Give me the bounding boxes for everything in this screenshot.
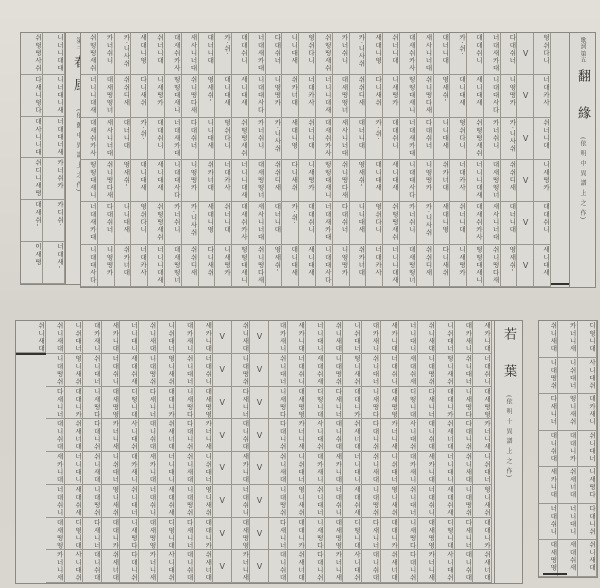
score-cell: 너 니 대 니 (343, 452, 362, 485)
score-cell: 대 대 니 카 (102, 518, 121, 551)
score-cell: 새 사 니 너 대 (182, 33, 199, 75)
score-cell: 카 · 니 사 쉬 (350, 33, 367, 75)
score-cell: 떵 떵 대 새 니 (316, 160, 333, 202)
score-cell: 디 떵 니 대 (343, 518, 362, 551)
score-cell: 쉬 새 너 대 (343, 419, 362, 452)
score-cell: 니 대 떵 쉬 (455, 485, 474, 518)
score-cell: 새 대 쉬 새 (436, 485, 455, 518)
score-cell: 니 새 떵 카 (299, 160, 316, 202)
score-cell: 너 대 쉬 니 (232, 485, 251, 518)
score-cell: 디 떵 니 대 (399, 387, 418, 420)
score-cell: 쉬 니 떵 다 새 (417, 75, 434, 117)
score-cell: 너 대 카 사 (450, 160, 467, 202)
score-cell: 새 카 니 대 (539, 467, 558, 504)
score-cell: 떵 새 쉬 - (266, 245, 283, 287)
score-cell: 너 니 니 대 새 (148, 245, 165, 287)
score-cell: 떵 쉬 다 니 (299, 33, 316, 75)
score-cell: 대 너 니 대 (350, 118, 367, 160)
score-cell: 새 사 니 너 대 (417, 33, 434, 75)
score-cell: 너 니 대 니 (306, 321, 325, 354)
score-cell: 너 대 쉬 니 (418, 485, 437, 518)
score-cell: 대 대 니 카 (436, 387, 455, 420)
score-cell: 대 대 니 카 (195, 518, 214, 551)
score-cell: 새 카 니 대 (418, 452, 437, 485)
score-cell: 새 니 대 새 (534, 245, 551, 287)
score-cell: 너 대 쉬 니 (539, 504, 558, 541)
score-cell: 다 대 쉬 너 (501, 33, 518, 75)
score-cell: 떵 새 쉬 - (115, 160, 132, 202)
score-cell: 떵 떵 대 새 니 (81, 160, 98, 202)
score-cell: 새 카 니 대 (46, 452, 65, 485)
score-cell: 새 니 대 새 (299, 245, 316, 287)
score-cell: 니 새 떵 카 (383, 75, 400, 117)
score-cell: 다 대 니 쉬 (362, 419, 381, 452)
chunpung-grid: 쉬 떵 떵 사 쉬 니 너 니 대 대 다 새 니 떵 다 니 너 대 니 새 … (21, 33, 65, 284)
score-cell: 너 대 새 카 대 (484, 33, 501, 75)
score-cell: 쉬 니 떵 다 새 (484, 245, 501, 287)
score-cell: 카 너 쉬 카 (43, 158, 65, 200)
score-cell: 쉬 떵 떵 새 쉬 (148, 202, 165, 244)
score-cell: 대 너 니 대 (115, 118, 132, 160)
score-cell: 대 니 쉬 대 (139, 419, 158, 452)
score-cell: 니 떵 떵 카 (266, 75, 283, 117)
score-cell: 사 니 대 쉬 (343, 550, 362, 583)
score-cell: 다 대 니 쉬 (176, 419, 195, 452)
score-cell: 떵 니 새 쉬 (381, 485, 400, 518)
score-cell: 쉬 디 니 새 떵 (21, 158, 43, 200)
score-cell: 쉬 니 새 대 (46, 321, 65, 354)
score-cell: 쉬 니 새 대 (539, 321, 558, 358)
score-cell: 대 카 새 니 (399, 452, 418, 485)
score-cell: 다 새 니 너 (46, 387, 65, 420)
section-end-bar (543, 573, 567, 575)
score-cell: 니 쉬 대 너 (65, 321, 84, 354)
score-cell: 다 대 쉬 너 (417, 118, 434, 160)
score-cell: 쉬 니 떵 다 새 (249, 245, 266, 287)
score-cell: 대 카 새 니 (83, 321, 102, 354)
breath-mark-cell: V (517, 33, 534, 75)
score-cell: 쉬 너 니 대 (383, 33, 400, 75)
score-cell: 대 새 떵 떵 너 (249, 160, 266, 202)
score-cell: 새 카 니 대 (473, 321, 492, 354)
score-cell: 카 너 니 새 (325, 550, 344, 583)
score-cell: 다 대 쉬 너 (333, 202, 350, 244)
score-cell: 너 대 카 사 (131, 245, 148, 287)
score-cell: 새 니 대 새 (467, 75, 484, 117)
breath-mark-cell: V (250, 387, 269, 420)
score-cell: 디 떵 니 대 (306, 387, 325, 420)
score-cell: 새 사 니 너 대 (333, 118, 350, 160)
score-cell: 떵 니 새 쉬 (102, 485, 121, 518)
score-cell: 떵 떵 대 새 니 (467, 245, 484, 287)
score-cell: 너 대 카 사 (366, 245, 383, 287)
score-cell: 대 대 니 카 (473, 518, 492, 551)
breath-mark-cell: V (250, 419, 269, 452)
score-cell: 다 새 니 너 (176, 518, 195, 551)
score-cell: 대 새 떵 떵 너 (484, 160, 501, 202)
score-cell: 니 너 대 니 새 (43, 75, 65, 117)
score-cell: 니 쉬 대 너 (288, 452, 307, 485)
score-cell: 다 니 새 쉬 (366, 75, 383, 117)
score-cell: 니 새 떵 다 (362, 387, 381, 420)
score-cell: 쉬 쉬 디 새 (182, 245, 199, 287)
score-cell: 니 쉬 대 너 (343, 321, 362, 354)
breath-mark-cell: V (213, 550, 232, 583)
score-cell: 대 새 떵 떵 너 (333, 75, 350, 117)
score-cell: 니 대 대 사 다 (316, 245, 333, 287)
score-cell: 카 · 쉬 · (131, 118, 148, 160)
score-cell: 너 대 대 너 새 (43, 117, 65, 159)
score-cell: 떵 니 새 쉬 (436, 354, 455, 387)
score-cell: 니 대 떵 쉬 (325, 354, 344, 387)
score-cell: 쉬 쉬 디 새 (350, 75, 367, 117)
score-cell: 너 니 대 니 (120, 321, 139, 354)
breath-mark-cell: V (250, 518, 269, 551)
score-cell: 사 니 대 쉬 (158, 550, 177, 583)
score-cell: 다 대 니 쉬 (83, 419, 102, 452)
score-cell: 새 대 니 떵 (282, 118, 299, 160)
score-cell: 쉬 너 니 대 (450, 202, 467, 244)
score-cell: 니 쉬 대 너 (195, 452, 214, 485)
continuation-grid: 쉬 니 새 대니 대 떵 쉬다 새 니 너대 니 쉬 대새 카 니 대너 대 쉬… (539, 321, 597, 577)
score-cell: 쉬 니 새 대 (269, 452, 288, 485)
score-cell: 디 떵 니 대 (158, 518, 177, 551)
score-cell: 쉬 떵 떵 사 쉬 (21, 33, 43, 75)
score-cell: 쉬 새 너 대 (65, 419, 84, 452)
score-cell: 카 너 니 새 (381, 419, 400, 452)
score-cell: 카 너 니 새 (195, 419, 214, 452)
score-cell: 새 카 니 대 (232, 452, 251, 485)
score-cell: 다 대 니 쉬 (269, 419, 288, 452)
section-end-bar (16, 353, 46, 355)
score-cell: 쉬 새 너 대 (436, 419, 455, 452)
score-cell: 쉬 새 너 대 (473, 550, 492, 583)
score-cell: 니 떵 떵 카 (98, 245, 115, 287)
score-cell: 니 떵 떵 카 (501, 75, 518, 117)
breath-mark-cell: V (213, 354, 232, 387)
score-cell: 쉬 카 너 대 (115, 245, 132, 287)
score-cell: 너 대 새 카 대 (316, 202, 333, 244)
score-cell: 대 새 떵 떵 (473, 387, 492, 420)
score-cell: 너 니 니 대 새 (81, 75, 98, 117)
score-cell: 니 쉬 대 너 (558, 358, 577, 395)
score-cell: 새 대 쉬 새 (120, 354, 139, 387)
score-cell: 너 대 카 사 (215, 160, 232, 202)
score-cell: 니 떵 떵 카 (417, 160, 434, 202)
score-cell: 너 대 쉬 니 (473, 354, 492, 387)
score-cell: 니 대 떵 쉬 (362, 485, 381, 518)
score-cell: 니 새 떵 카 (534, 160, 551, 202)
score-cell: 다 새 니 너 (362, 518, 381, 551)
breath-mark-cell: V (213, 387, 232, 420)
score-cell: 니 쉬 대 너 (381, 452, 400, 485)
score-cell: 떵 쉬 다 니 (450, 118, 467, 160)
score-cell: 새 카 니 대 (288, 321, 307, 354)
score-cell: 대 새 떵 떵 (232, 518, 251, 551)
score-cell: 다 니 새 쉬 (434, 245, 451, 287)
score-cell: 니 새 떵 다 (578, 467, 597, 504)
score-cell: 사 니 대 쉬 (399, 419, 418, 452)
score-cell: 새 니 대 새 (383, 160, 400, 202)
score-cell: 새 대 쉬 새 (158, 485, 177, 518)
score-cell: 쉬 니 새 대 (418, 321, 437, 354)
score-cell: 떵 새 쉬 - (350, 160, 367, 202)
score-cell: 쉬 너 니 대 (148, 33, 165, 75)
score-cell: 너 대 쉬 니 (195, 354, 214, 387)
score-cell: 너 니 대 니 (65, 452, 84, 485)
score-cell: 대 너 니 대 (501, 202, 518, 244)
score-cell: 쉬 새 너 대 (195, 550, 214, 583)
score-cell: 쉬 새 너 대 (102, 550, 121, 583)
score-cell: 떵 니 새 쉬 (473, 485, 492, 518)
score-cell: 쉬 떵 떵 새 쉬 (467, 118, 484, 160)
score-cell: 니 니 대 새 (199, 118, 216, 160)
score-cell: 쉬 니 떵 다 새 (98, 160, 115, 202)
score-cell: 니 쉬 대 너 (436, 321, 455, 354)
score-cell: 대 새 떵 떵 (325, 518, 344, 551)
continuation-block: 쉬 니 새 대니 대 떵 쉬다 새 니 너대 니 쉬 대새 카 니 대너 대 쉬… (538, 320, 598, 578)
piece-subtitle: (依 明 中 異 譜 上 之 作) (578, 137, 587, 220)
score-cell: 카 · 니 사 쉬 (266, 118, 283, 160)
breath-mark-cell: V (213, 485, 232, 518)
score-cell: 쉬 니 새 대 (176, 452, 195, 485)
score-cell: 대 니 쉬 대 (232, 419, 251, 452)
score-cell: 사 니 대 쉬 (436, 550, 455, 583)
score-cell: 다 대 쉬 너 (182, 118, 199, 160)
score-cell: 대 새 쉬 카 사 (400, 33, 417, 75)
top-score-grid: 쉬 떵 떵 새 쉬너 니 니 대 새대 새 쉬 카 사떵 떵 대 새 니너 대 … (81, 33, 551, 287)
score-cell: 대 새 쉬 카 사 (81, 118, 98, 160)
score-cell: 니 쉬 대 너 (158, 321, 177, 354)
score-cell: 다 니 새 쉬 (282, 160, 299, 202)
score-cell: 새 카 니 대 (325, 452, 344, 485)
score-cell: 대 니 대 새 (131, 160, 148, 202)
score-cell: 니 새 떵 다 (399, 518, 418, 551)
score-cell: 다 새 니 떵 다 (21, 75, 43, 117)
score-cell: 쉬 니 대 너 (362, 354, 381, 387)
score-cell: 대 새 떵 떵 (102, 387, 121, 420)
score-cell: 대 니 대 새 (366, 160, 383, 202)
score-cell: 카 · 니 사 쉬 (417, 202, 434, 244)
score-cell: 니 새 떵 카 (148, 75, 165, 117)
score-cell: 사 니 대 쉬 (120, 419, 139, 452)
score-cell: 너 니 대 니 (436, 452, 455, 485)
score-cell: 쉬 니 대 너 (269, 354, 288, 387)
score-cell: 대 니 쉬 대 (418, 419, 437, 452)
score-cell: 니 새 떵 다 (120, 518, 139, 551)
score-cell: 대 카 새 니 (455, 321, 474, 354)
score-cell: 니 새 떵 카 (215, 245, 232, 287)
piece-subtitle: (依 明 十 異 譜 上 之 作) (504, 395, 513, 478)
score-cell: 사 니 대 쉬 (578, 358, 597, 395)
score-cell: 대 니 쉬 대 (455, 550, 474, 583)
score-cell: 떵 쉬 다 니 (131, 202, 148, 244)
score-cell: 떵 떵 대 새 니 (232, 245, 249, 287)
breath-mark-cell: V (213, 321, 232, 354)
scanned-score-page: 쉬 떵 떵 사 쉬 니 너 니 대 대 다 새 니 떵 다 니 너 대 니 새 … (0, 0, 600, 588)
score-cell: 너 대 새 카 대 (81, 202, 98, 244)
score-cell: 다 대 쉬 너 (266, 33, 283, 75)
score-cell: 쉬 쉬 디 새 (266, 160, 283, 202)
score-cell: 떵 새 쉬 - (199, 75, 216, 117)
score-cell: 너 니 대 니 (158, 452, 177, 485)
score-cell: 대 니 대 새 (215, 75, 232, 117)
breath-mark-cell: V (250, 321, 269, 354)
score-cell: 니 대 떵 쉬 (176, 485, 195, 518)
piece-title: 翻 緣 (573, 69, 592, 129)
score-cell: 쉬 니 새 대 (578, 540, 597, 577)
score-cell: 카 너 니 새 (232, 550, 251, 583)
score-cell: 다 새 니 너 (232, 387, 251, 420)
score-cell: 카 너 니 새 (288, 419, 307, 452)
score-cell: 카 너 니 새 (558, 321, 577, 358)
score-cell: 떵 쉬 다 니 (534, 33, 551, 75)
score-cell: 쉬 너 니 대 (215, 202, 232, 244)
score-cell: 대 대 니 카 (158, 387, 177, 420)
score-cell: 카 너 쉬 니 (98, 33, 115, 75)
score-cell: 카 너 쉬 니 (165, 202, 182, 244)
score-cell: 사 니 대 쉬 (65, 550, 84, 583)
score-cell: 카 너 쉬 니 (333, 33, 350, 75)
score-cell: 카 너 니 새 (102, 419, 121, 452)
score-cell: 쉬 니 대 너 (120, 485, 139, 518)
score-cell: 쉬 니 대 너 (578, 431, 597, 468)
score-cell: 쉬 떵 떵 새 쉬 (383, 202, 400, 244)
score-cell: 떵 쉬 다 니 (366, 202, 383, 244)
score-cell: 니 니 대 새 (434, 118, 451, 160)
score-cell: 대 새 쉬 - (21, 200, 43, 242)
score-cell: 카 · 쉬 · (282, 202, 299, 244)
score-cell: 쉬 니 대 너 (83, 354, 102, 387)
score-cell: 너 대 카 사 (534, 75, 551, 117)
score-cell: 니 대 대 사 다 (165, 160, 182, 202)
breath-mark-cell: V (213, 419, 232, 452)
score-cell: 대 니 쉬 대 (539, 431, 558, 468)
breath-mark-cell: V (213, 518, 232, 551)
score-cell: 디 떵 니 대 (65, 518, 84, 551)
score-cell: 대 대 쉬 니 (148, 118, 165, 160)
score-cell: 쉬 니 새 대 (325, 321, 344, 354)
score-cell: 새 대 쉬 새 (399, 354, 418, 387)
score-cell: 다 니 새 쉬 (131, 75, 148, 117)
score-cell: 너 대 새 - (43, 242, 65, 284)
score-cell: 대 대 니 카 (343, 387, 362, 420)
score-cell: 쉬 새 너 대 (288, 550, 307, 583)
score-cell: 카 · 니 사 쉬 (501, 118, 518, 160)
score-cell: 카 너 니 새 (46, 550, 65, 583)
score-cell: 니 대 대 사 다 (81, 245, 98, 287)
score-cell: 너 니 니 대 새 (232, 160, 249, 202)
breath-mark-cell: V (250, 354, 269, 387)
top-right-title-column: 歌詞 第五 翻 緣 (依 明 中 異 譜 上 之 作) (569, 33, 595, 287)
score-cell: 니 쉬 대 너 (473, 452, 492, 485)
score-cell: 쉬 카 너 대 (434, 160, 451, 202)
score-cell: 대 새 떵 떵 (46, 518, 65, 551)
score-cell: 대 대 니 카 (65, 387, 84, 420)
score-cell: 새 대 니 떵 (199, 202, 216, 244)
score-cell: 니 니 대 새 (282, 33, 299, 75)
score-cell: 대 니 대 새 (282, 245, 299, 287)
score-cell: 대 대 쉬 니 (383, 118, 400, 160)
score-cell: 떵 니 새 쉬 (288, 485, 307, 518)
score-cell: 다 대 니 쉬 (578, 504, 597, 541)
score-cell: 새 사 니 너 대 (249, 202, 266, 244)
score-cell: 대 새 쉬 카 사 (316, 118, 333, 160)
score-cell: 대 카 새 니 (306, 452, 325, 485)
score-cell: 카 · 쉬 · (366, 118, 383, 160)
score-cell: 니 대 떵 쉬 (539, 358, 558, 395)
score-cell: 대 니 쉬 대 (176, 550, 195, 583)
score-cell-carryover: 쉬 니 새 대 (16, 321, 46, 353)
breath-mark-cell: V (250, 485, 269, 518)
score-cell: 카 너 니 새 (418, 550, 437, 583)
score-cell: 너 니 니 대 새 (467, 160, 484, 202)
score-cell: 새 대 니 떵 (434, 202, 451, 244)
score-cell: 대 카 새 니 (269, 321, 288, 354)
piece-title: 若 葉 (499, 327, 518, 387)
score-cell: 대 새 떵 떵 너 (165, 245, 182, 287)
score-cell: 다 대 니 쉬 (455, 419, 474, 452)
score-cell: 새 대 쉬 새 (558, 540, 577, 577)
score-cell: 너 대 카 사 (299, 75, 316, 117)
score-cell: 카 너 니 새 (139, 550, 158, 583)
score-cell: 떵 니 새 쉬 (558, 394, 577, 431)
score-cell: 너 대 쉬 니 (288, 354, 307, 387)
score-cell: 대 너 니 대 (266, 202, 283, 244)
score-cell: 새 사 니 너 대 (484, 202, 501, 244)
score-cell: 대 대 쉬 니 (467, 33, 484, 75)
score-cell: 쉬 니 떵 다 새 (182, 75, 199, 117)
score-cell: 다 대 니 쉬 (120, 550, 139, 583)
score-cell: 카 · 쉬 · (215, 33, 232, 75)
score-cell: 쉬 니 새 대 (139, 321, 158, 354)
score-cell: 니 새 떵 다 (83, 387, 102, 420)
score-cell: 대 니 쉬 대 (83, 550, 102, 583)
score-cell: 쉬 카 너 대 (350, 245, 367, 287)
score-cell: 쉬 쉬 디 새 (115, 75, 132, 117)
score-cell: 쉬 니 대 너 (306, 485, 325, 518)
score-cell: 새 대 쉬 새 (306, 354, 325, 387)
score-cell: 대 대 니 카 (558, 431, 577, 468)
bottom-score-grid: 쉬 니 새 대니 대 떵 쉬다 새 니 너대 니 쉬 대새 카 니 대너 대 쉬… (46, 321, 492, 583)
score-cell: 대 새 떵 떵 (195, 387, 214, 420)
score-cell: 대 새 떵 떵 너 (98, 75, 115, 117)
score-cell: 니 대 떵 쉬 (46, 354, 65, 387)
score-cell: 너 니 대 니 (399, 321, 418, 354)
score-cell: 디 떵 니 대 (436, 518, 455, 551)
score-cell: 대 대 니 카 (381, 518, 400, 551)
section-end-bar (551, 283, 569, 285)
score-cell: 대 새 떵 떵 (381, 387, 400, 420)
score-cell: 대 사 니 니 대 (21, 117, 43, 159)
score-cell: 카 너 쉬 니 (249, 118, 266, 160)
score-cell: 카 너 니 새 (473, 419, 492, 452)
score-cell: 너 니 니 대 새 (383, 245, 400, 287)
score-cell: 새 카 니 대 (102, 321, 121, 354)
breath-mark-cell: V (517, 245, 534, 287)
score-cell: 다 새 니 너 (269, 518, 288, 551)
piece-yakyeop-block: 쉬 니 새 대니 대 떵 쉬다 새 니 너대 니 쉬 대새 카 니 대너 대 쉬… (15, 320, 523, 584)
score-cell: 쉬 니 새 대 (362, 452, 381, 485)
score-cell: 너 대 새 카 대 (400, 118, 417, 160)
breath-mark-cell: V (250, 550, 269, 583)
score-cell: 쉬 니 새 대 (83, 452, 102, 485)
score-cell: 떵 니 새 쉬 (343, 354, 362, 387)
score-cell: 대 너 니 대 (434, 33, 451, 75)
score-cell: 다 대 니 쉬 (306, 550, 325, 583)
score-cell: 니 대 대 사 다 (400, 160, 417, 202)
score-cell: 다 대 쉬 너 (98, 202, 115, 244)
